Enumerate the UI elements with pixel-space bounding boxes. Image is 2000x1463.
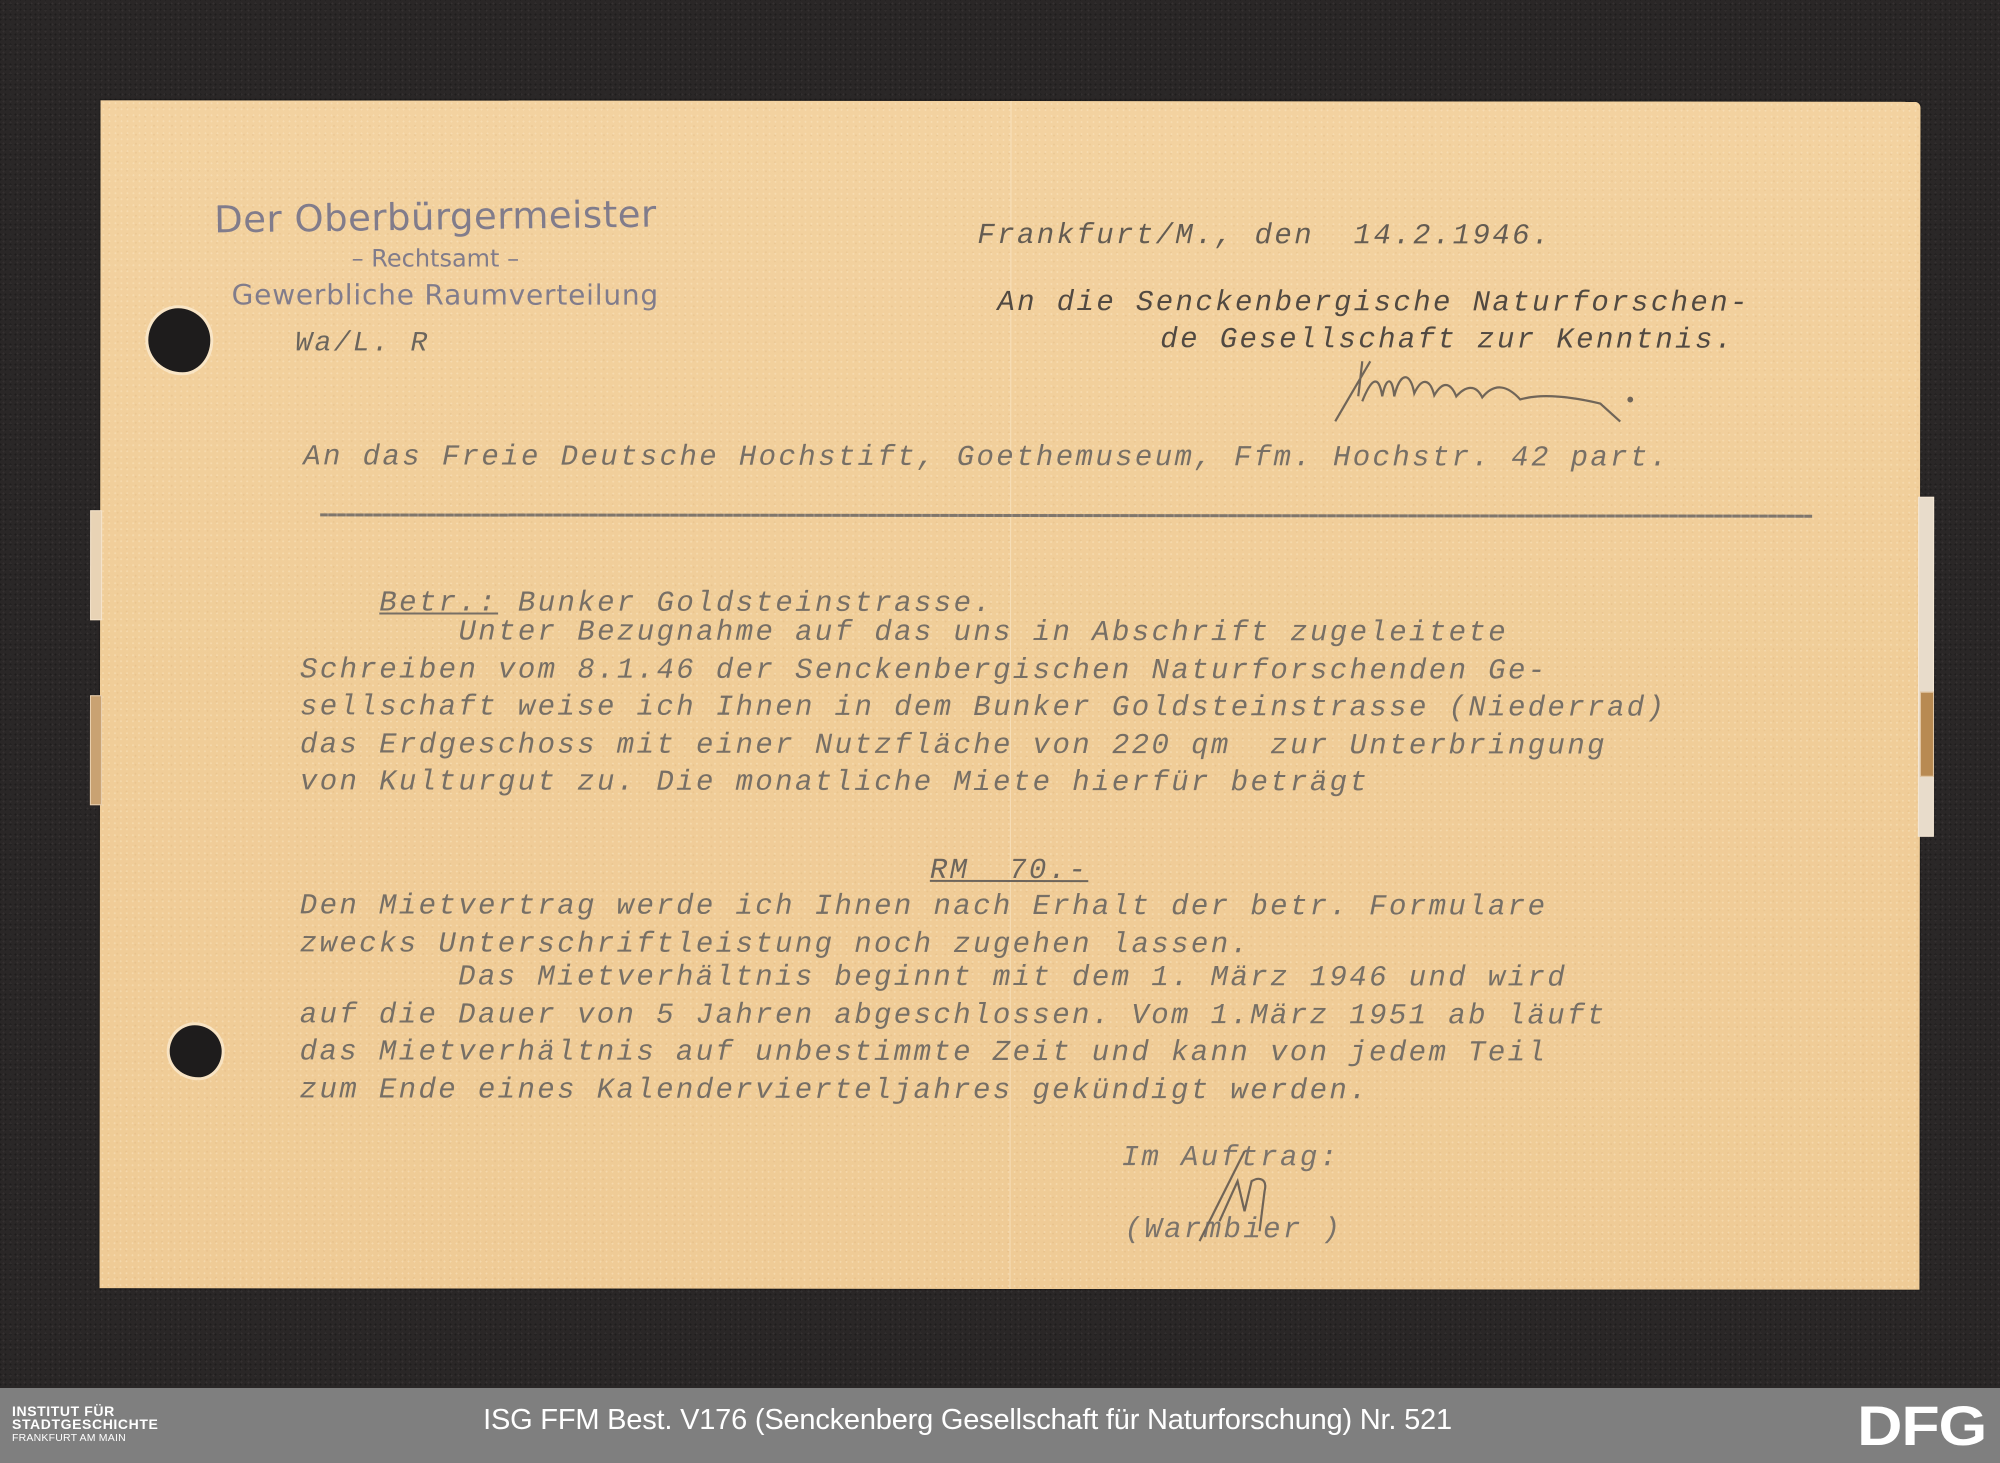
dfg-logo-icon: DFG xyxy=(1857,1397,1986,1455)
body-paragraph-3: Das Mietverhältnis beginnt mit dem 1. Mä… xyxy=(300,958,1607,1109)
carbon-copy-line-1: An die Senckenbergische Naturforschen- xyxy=(997,286,1750,320)
tape-fragment xyxy=(1920,692,1934,777)
dateline: Frankfurt/M., den 14.2.1946. xyxy=(977,219,1551,253)
punch-hole-icon xyxy=(170,1025,222,1077)
document-paper: Der Oberbürgermeister – Rechtsamt – Gewe… xyxy=(99,100,1920,1290)
tape-fragment xyxy=(90,695,102,805)
archive-citation: ISG FFM Best. V176 (Senckenberg Gesellsc… xyxy=(0,1404,2000,1437)
reference-code: Wa/L. R xyxy=(295,328,429,359)
body-paragraph-2: Den Mietvertrag werde ich Ihnen nach Erh… xyxy=(300,887,1548,963)
tape-fragment xyxy=(90,510,102,620)
stamp-line-3: Gewerbliche Raumverteilung xyxy=(175,278,695,311)
separator-line xyxy=(320,513,1812,517)
stamp-line-2: – Rechtsamt – xyxy=(175,244,695,272)
rent-amount: RM 70.- xyxy=(930,854,1088,887)
tape-fragment xyxy=(1918,497,1934,837)
archive-footer-bar: INSTITUT FÜR STADTGESCHICHTE FRANKFURT A… xyxy=(0,1388,2000,1463)
recipient-address: An das Freie Deutsche Hochstift, Goethem… xyxy=(303,440,1669,474)
punch-hole-icon xyxy=(148,308,210,372)
signer-name: (Warmbier ) xyxy=(1125,1213,1343,1246)
office-stamp: Der Oberbürgermeister – Rechtsamt – Gewe… xyxy=(175,195,695,311)
stamp-line-1: Der Oberbürgermeister xyxy=(175,192,696,242)
handwritten-signature-icon xyxy=(1330,341,1650,431)
body-paragraph-1: Unter Bezugnahme auf das uns in Abschrif… xyxy=(300,613,1667,802)
